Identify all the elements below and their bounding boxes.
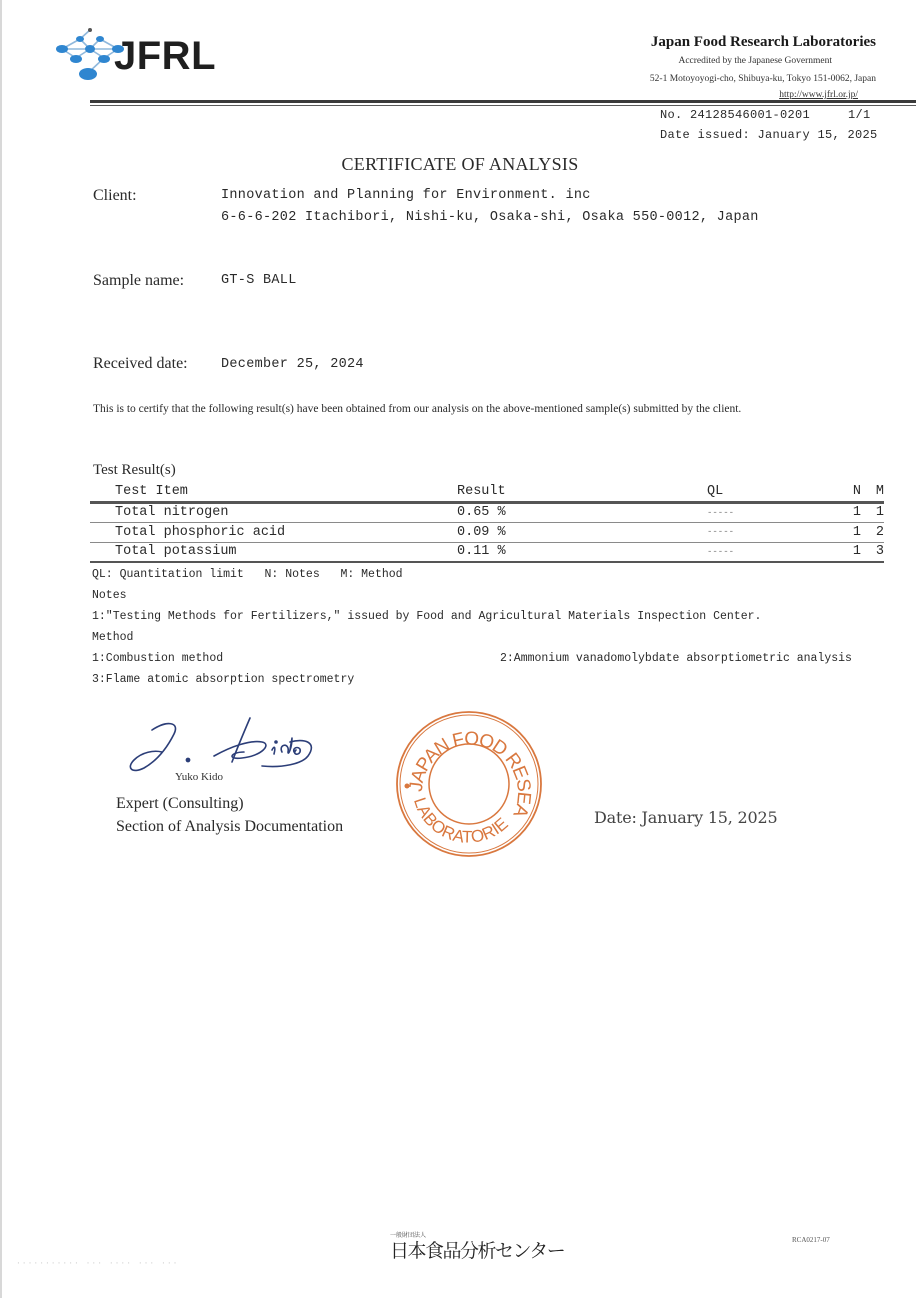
method-item: 3:Flame atomic absorption spectrometry bbox=[92, 673, 354, 686]
received-label: Received date: bbox=[93, 355, 188, 373]
certificate-number: No. 24128546001-0201 bbox=[660, 108, 810, 122]
test-item: Total phosphoric acid bbox=[90, 522, 457, 542]
date-issued: Date issued: January 15, 2025 bbox=[660, 128, 878, 142]
test-result: 0.65 % bbox=[457, 502, 707, 522]
footer-faint-text: ··········· ··· ···· ··· ··· bbox=[16, 1259, 178, 1268]
lab-name: Japan Food Research Laboratories bbox=[651, 34, 876, 51]
quantitation-limit: ----- bbox=[707, 542, 831, 562]
lab-address: 52-1 Motoyoyogi-cho, Shibuya-ku, Tokyo 1… bbox=[650, 74, 876, 84]
form-code: RCA0217-07 bbox=[792, 1236, 830, 1244]
signer-name: Yuko Kido bbox=[175, 771, 223, 783]
sample-label: Sample name: bbox=[93, 272, 184, 290]
column-header-result: Result bbox=[457, 482, 707, 502]
footer-org-name: 日本食品分析センター bbox=[390, 1236, 564, 1263]
table-row: Total nitrogen 0.65 % ----- 1 1 bbox=[90, 502, 884, 522]
client-label: Client: bbox=[93, 187, 137, 205]
accreditation-text: Accredited by the Japanese Government bbox=[678, 56, 832, 66]
signature-date: Date: January 15, 2025 bbox=[594, 808, 777, 827]
results-heading: Test Result(s) bbox=[93, 462, 176, 479]
column-header-n: N bbox=[831, 482, 861, 502]
table-header-row: Test Item Result QL N M bbox=[90, 482, 884, 502]
table-row: Total potassium 0.11 % ----- 1 3 bbox=[90, 542, 884, 562]
signer-section: Section of Analysis Documentation bbox=[116, 818, 343, 836]
test-result: 0.11 % bbox=[457, 542, 707, 562]
test-item: Total nitrogen bbox=[90, 502, 457, 522]
certification-statement: This is to certify that the following re… bbox=[93, 399, 813, 420]
signer-title: Expert (Consulting) bbox=[116, 795, 244, 813]
method-heading: Method bbox=[92, 631, 133, 644]
column-header-m: M bbox=[861, 482, 884, 502]
note-ref: 1 bbox=[831, 522, 861, 542]
client-name: Innovation and Planning for Environment.… bbox=[221, 188, 591, 203]
certificate-page: JFRL Japan Food Research Laboratories Ac… bbox=[0, 0, 916, 1298]
test-result: 0.09 % bbox=[457, 522, 707, 542]
notes-heading: Notes bbox=[92, 589, 127, 602]
column-header-ql: QL bbox=[707, 482, 831, 502]
page-number: 1/1 bbox=[848, 108, 871, 122]
column-header-test-item: Test Item bbox=[90, 482, 457, 502]
method-item: 1:Combustion method bbox=[92, 652, 223, 665]
document-title: CERTIFICATE OF ANALYSIS bbox=[2, 154, 916, 175]
method-item: 2:Ammonium vanadomolybdate absorptiometr… bbox=[500, 652, 852, 665]
test-item: Total potassium bbox=[90, 542, 457, 562]
method-ref: 3 bbox=[861, 542, 884, 562]
received-date: December 25, 2024 bbox=[221, 357, 364, 372]
official-seal-icon: JAPAN FOOD RESEARCH LABORATORIES bbox=[394, 708, 544, 860]
client-address: 6-6-6-202 Itachibori, Nishi-ku, Osaka-sh… bbox=[221, 210, 759, 225]
table-legend: QL: Quantitation limit N: Notes M: Metho… bbox=[92, 568, 403, 581]
quantitation-limit: ----- bbox=[707, 502, 831, 522]
quantitation-limit: ----- bbox=[707, 522, 831, 542]
header-divider bbox=[90, 100, 916, 103]
table-row: Total phosphoric acid 0.09 % ----- 1 2 bbox=[90, 522, 884, 542]
note-ref: 1 bbox=[831, 542, 861, 562]
sample-name: GT-S BALL bbox=[221, 273, 297, 288]
method-ref: 1 bbox=[861, 502, 884, 522]
logo-wordmark: JFRL bbox=[114, 34, 216, 79]
note-item: 1:"Testing Methods for Fertilizers," iss… bbox=[92, 610, 761, 623]
note-ref: 1 bbox=[831, 502, 861, 522]
results-table: Test Item Result QL N M Total nitrogen 0… bbox=[90, 482, 884, 563]
method-ref: 2 bbox=[861, 522, 884, 542]
header-divider-thin bbox=[90, 105, 916, 106]
lab-website-link[interactable]: http://www.jfrl.or.jp/ bbox=[779, 90, 858, 100]
